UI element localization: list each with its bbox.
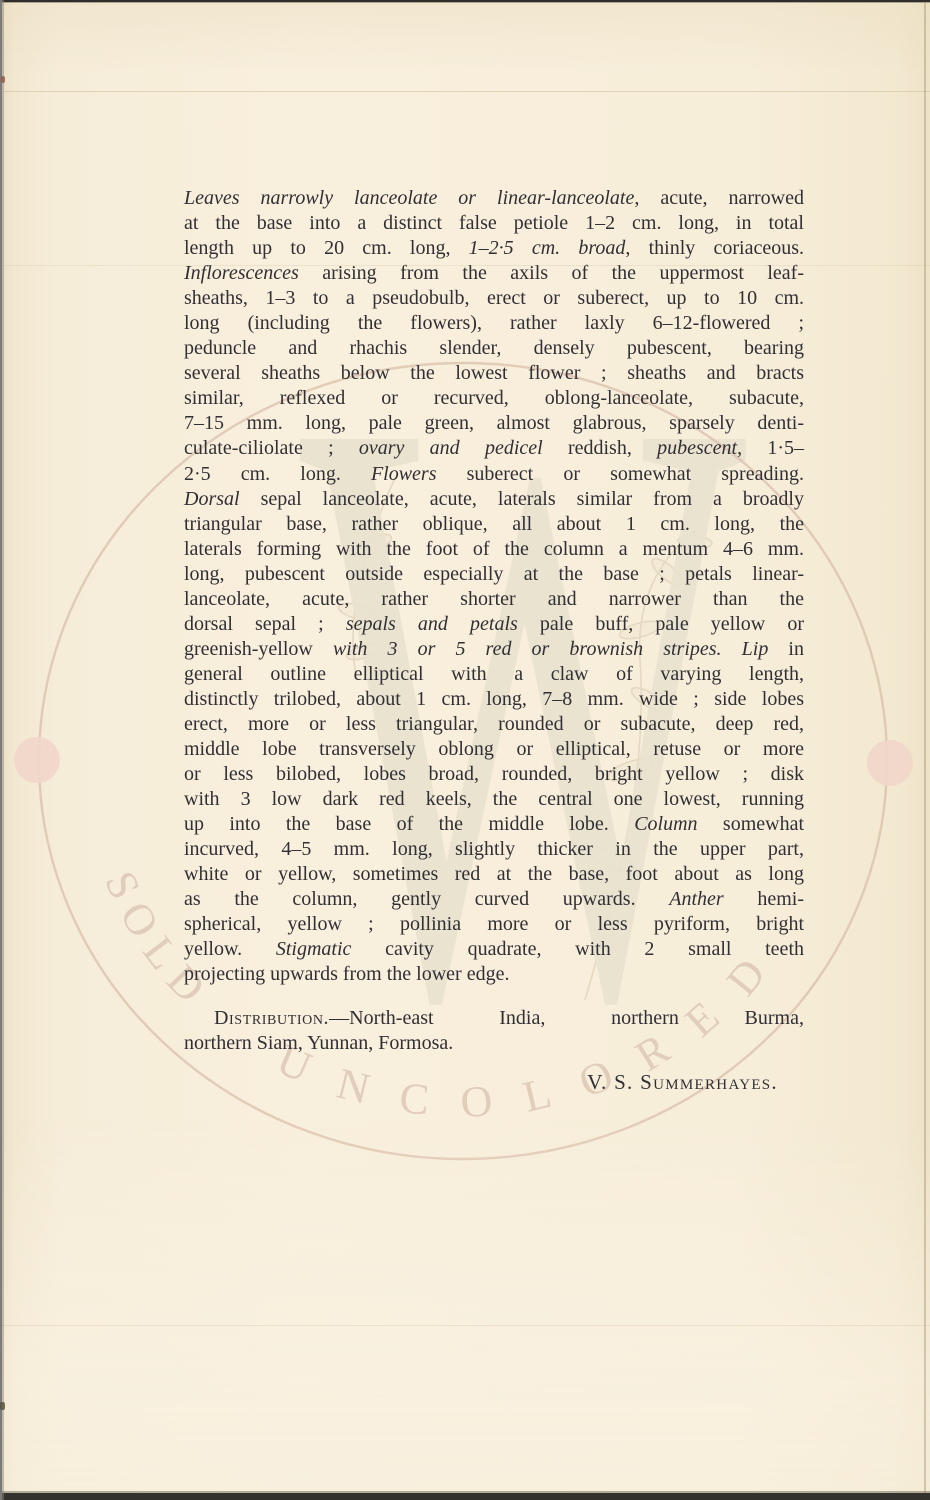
text-line: sheaths, 1–3 to a pseudobulb, erect or s… <box>184 286 804 311</box>
scan-edge-top-shadow <box>0 2 930 3</box>
text-line: similar, reflexed or recurved, oblong-la… <box>184 386 804 411</box>
text-segment: 2·5 cm. long. <box>184 463 371 485</box>
italic-text-segment: Stigmatic <box>276 938 352 960</box>
text-line: with 3 low dark red keels, the central o… <box>184 787 804 812</box>
text-segment: culate-ciliolate ; <box>184 437 359 459</box>
text-segment: middle lobe transversely oblong or ellip… <box>184 738 804 760</box>
text-line: Distribution.—North-east India, northern… <box>184 1006 804 1031</box>
text-segment: reddish, <box>543 437 657 459</box>
scan-edge-bottom-shadow <box>0 1491 930 1493</box>
text-segment: up into the base of the middle lobe. <box>184 813 634 835</box>
text-segment: hemi- <box>724 888 804 910</box>
text-segment: triangular base, rather oblique, all abo… <box>184 513 804 535</box>
watermark-dot-left <box>14 737 60 783</box>
text-line: yellow. Stigmatic cavity quadrate, with … <box>184 937 804 962</box>
text-segment: similar, reflexed or recurved, oblong-la… <box>184 387 804 409</box>
text-segment: , 1·5– <box>737 437 804 459</box>
watermark-dot-right <box>867 740 913 786</box>
text-line: general outline elliptical with a claw o… <box>184 662 804 687</box>
italic-text-segment: Column <box>634 813 697 835</box>
italic-text-segment: Inflorescences <box>184 262 299 284</box>
text-line: Leaves narrowly lanceolate or linear-lan… <box>184 186 804 211</box>
text-segment: with 3 low dark red keels, the central o… <box>184 788 804 810</box>
italic-text-segment: Anther <box>669 888 723 910</box>
text-segment: erect, more or less triangular, rounded … <box>184 713 804 735</box>
text-segment: peduncle and rhachis slender, densely pu… <box>184 337 804 359</box>
text-segment: 7–15 mm. long, pale green, almost glabro… <box>184 412 804 434</box>
text-segment: , acute, narrowed <box>634 187 804 209</box>
text-segment: cavity quadrate, with 2 small teeth <box>351 938 804 960</box>
scan-edge-left <box>0 0 2 1500</box>
text-line: dorsal sepal ; sepals and petals pale bu… <box>184 612 804 637</box>
text-line: 7–15 mm. long, pale green, almost glabro… <box>184 411 804 436</box>
italic-text-segment: Flowers <box>371 463 437 485</box>
text-segment: suberect or somewhat spreading. <box>437 463 805 485</box>
text-segment: dorsal sepal ; <box>184 613 346 635</box>
italic-text-segment: with 3 or 5 red or brownish stripes. <box>333 638 722 660</box>
text-line: up into the base of the middle lobe. Col… <box>184 812 804 837</box>
text-segment: long (including the flowers), rather lax… <box>184 312 804 334</box>
text-line: long (including the flowers), rather lax… <box>184 311 804 336</box>
text-segment: in <box>768 638 804 660</box>
scan-edge-bottom <box>0 1493 930 1500</box>
paper-crease <box>0 91 930 92</box>
author-signature: V. S. Summerhayes. <box>184 1070 804 1095</box>
text-line: culate-ciliolate ; ovary and pedicel red… <box>184 436 804 461</box>
paper-crease <box>0 1325 930 1326</box>
italic-text-segment: Dorsal <box>184 488 240 510</box>
text-line: lanceolate, acute, rather shorter and na… <box>184 587 804 612</box>
text-segment: laterals forming with the foot of the co… <box>184 538 804 560</box>
text-line: laterals forming with the foot of the co… <box>184 537 804 562</box>
text-segment: somewhat <box>698 813 804 835</box>
italic-text-segment: Leaves narrowly lanceolate or linear-lan… <box>184 187 634 209</box>
text-segment: or less bilobed, lobes broad, rounded, b… <box>184 763 804 785</box>
text-segment: greenish-yellow <box>184 638 333 660</box>
distribution-text: —North-east India, northern Burma, <box>329 1007 804 1029</box>
italic-text-segment: ovary and pedicel <box>359 437 543 459</box>
italic-text-segment: pubescent <box>657 437 737 459</box>
text-segment: incurved, 4–5 mm. long, slightly thicker… <box>184 838 804 860</box>
text-segment: length up to 20 cm. long, <box>184 237 469 259</box>
text-segment: long, pubescent outside especially at th… <box>184 563 804 585</box>
distribution-label: Distribution. <box>214 1007 329 1029</box>
text-line: erect, more or less triangular, rounded … <box>184 712 804 737</box>
text-line: white or yellow, sometimes red at the ba… <box>184 862 804 887</box>
description-paragraph: Leaves narrowly lanceolate or linear-lan… <box>184 186 804 988</box>
text-line: distinctly trilobed, about 1 cm. long, 7… <box>184 687 804 712</box>
page-right-edge-line <box>924 3 926 1493</box>
text-segment: several sheaths below the lowest flower … <box>184 362 804 384</box>
text-line: as the column, gently curved upwards. An… <box>184 887 804 912</box>
text-line: Inflorescences arising from the axils of… <box>184 261 804 286</box>
distribution-paragraph: Distribution.—North-east India, northern… <box>184 1006 804 1056</box>
text-segment: general outline elliptical with a claw o… <box>184 663 804 685</box>
text-line: projecting upwards from the lower edge. <box>184 962 804 987</box>
text-segment: yellow. <box>184 938 276 960</box>
text-line: at the base into a distinct false petiol… <box>184 211 804 236</box>
scan-edge-left-shadow <box>2 0 4 1500</box>
text-segment: , thinly coriaceous. <box>625 237 804 259</box>
italic-text-segment: Lip <box>742 638 769 660</box>
text-segment: sheaths, 1–3 to a pseudobulb, erect or s… <box>184 287 804 309</box>
italic-text-segment: sepals and petals <box>346 613 518 635</box>
text-segment: sepal lanceolate, acute, laterals simila… <box>240 488 804 510</box>
text-line: 2·5 cm. long. Flowers suberect or somewh… <box>184 462 804 487</box>
text-block: Leaves narrowly lanceolate or linear-lan… <box>184 186 804 1095</box>
text-line: greenish-yellow with 3 or 5 red or brown… <box>184 637 804 662</box>
text-segment: pale buff, pale yellow or <box>518 613 804 635</box>
text-line: or less bilobed, lobes broad, rounded, b… <box>184 762 804 787</box>
text-segment: white or yellow, sometimes red at the ba… <box>184 863 804 885</box>
text-segment: as the column, gently curved upwards. <box>184 888 669 910</box>
text-segment: at the base into a distinct false petiol… <box>184 212 804 234</box>
text-segment <box>722 638 742 660</box>
paper-speck <box>1 76 5 83</box>
text-line: middle lobe transversely oblong or ellip… <box>184 737 804 762</box>
text-segment: projecting upwards from the lower edge. <box>184 963 509 985</box>
text-line: spherical, yellow ; pollinia more or les… <box>184 912 804 937</box>
text-segment: distinctly trilobed, about 1 cm. long, 7… <box>184 688 804 710</box>
paper-speck <box>0 1402 5 1410</box>
text-segment: spherical, yellow ; pollinia more or les… <box>184 913 804 935</box>
text-line: peduncle and rhachis slender, densely pu… <box>184 336 804 361</box>
italic-text-segment: 1–2·5 cm. broad <box>469 237 626 259</box>
text-segment: arising from the axils of the uppermost … <box>299 262 804 284</box>
text-line: length up to 20 cm. long, 1–2·5 cm. broa… <box>184 236 804 261</box>
text-line: long, pubescent outside especially at th… <box>184 562 804 587</box>
scanned-book-page: W SOLD UNCOLORED Leaves narrowly lanceol… <box>0 0 930 1500</box>
text-line: Dorsal sepal lanceolate, acute, laterals… <box>184 487 804 512</box>
text-line: triangular base, rather oblique, all abo… <box>184 512 804 537</box>
text-line: northern Siam, Yunnan, Formosa. <box>184 1031 804 1056</box>
scan-edge-top <box>0 0 930 2</box>
text-line: incurved, 4–5 mm. long, slightly thicker… <box>184 837 804 862</box>
text-line: several sheaths below the lowest flower … <box>184 361 804 386</box>
text-segment: lanceolate, acute, rather shorter and na… <box>184 588 804 610</box>
